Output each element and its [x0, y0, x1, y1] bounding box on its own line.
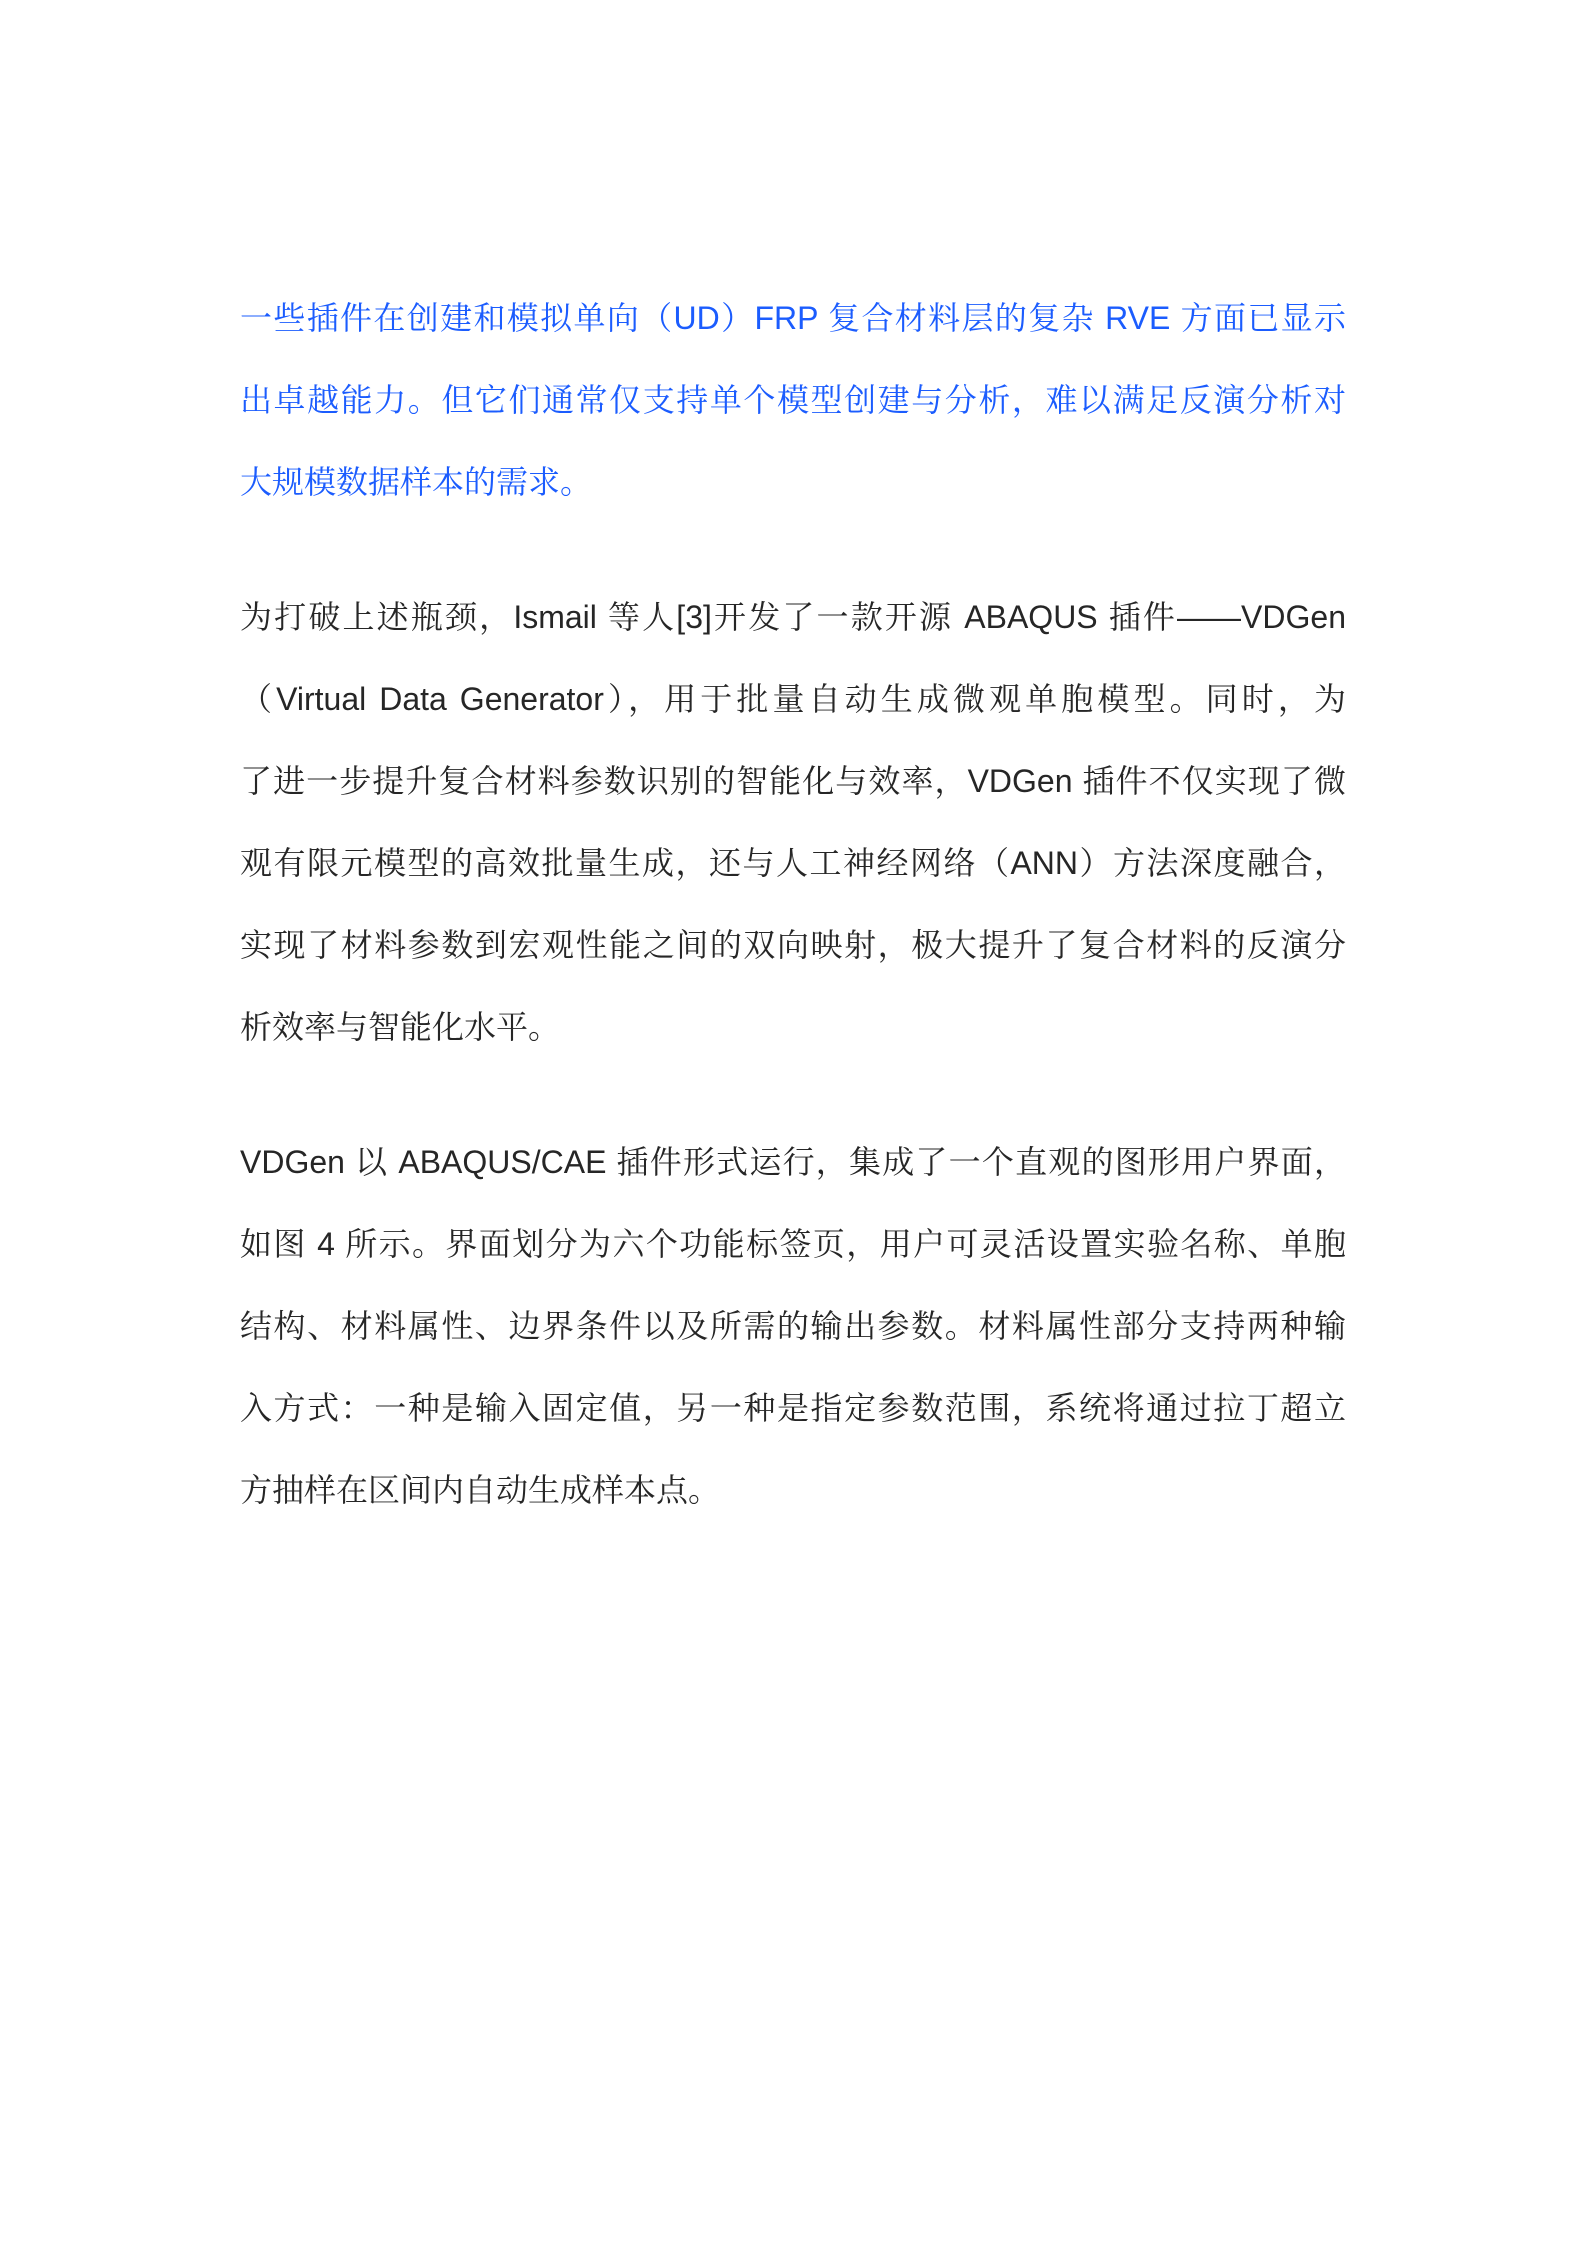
paragraph-line: 为打破上述瓶颈，Ismail 等人[3]开发了一款开源 ABAQUS 插件——V… [240, 576, 1346, 658]
document-page: 一些插件在创建和模拟单向（UD）FRP 复合材料层的复杂 RVE 方面已显示 出… [0, 0, 1587, 2245]
page-content: 一些插件在创建和模拟单向（UD）FRP 复合材料层的复杂 RVE 方面已显示 出… [240, 277, 1346, 1584]
paragraph-line: 大规模数据样本的需求。 [240, 441, 1346, 523]
paragraph-line: （Virtual Data Generator），用于批量自动生成微观单胞模型。… [240, 658, 1346, 740]
paragraph-line: 了进一步提升复合材料参数识别的智能化与效率，VDGen 插件不仅实现了微 [240, 740, 1346, 822]
paragraph-line: 如图 4 所示。界面划分为六个功能标签页，用户可灵活设置实验名称、单胞 [240, 1203, 1346, 1285]
paragraph-line: 观有限元模型的高效批量生成，还与人工神经网络（ANN）方法深度融合， [240, 822, 1346, 904]
paragraph-vdgen-gui-description: VDGen 以 ABAQUS/CAE 插件形式运行，集成了一个直观的图形用户界面… [240, 1121, 1346, 1531]
paragraph-line: 入方式：一种是输入固定值，另一种是指定参数范围，系统将通过拉丁超立 [240, 1367, 1346, 1449]
paragraph-line: 方抽样在区间内自动生成样本点。 [240, 1449, 1346, 1531]
paragraph-line: 一些插件在创建和模拟单向（UD）FRP 复合材料层的复杂 RVE 方面已显示 [240, 277, 1346, 359]
paragraph-plugin-limitations: 一些插件在创建和模拟单向（UD）FRP 复合材料层的复杂 RVE 方面已显示 出… [240, 277, 1346, 523]
paragraph-line: 出卓越能力。但它们通常仅支持单个模型创建与分析，难以满足反演分析对 [240, 359, 1346, 441]
paragraph-vdgen-introduction: 为打破上述瓶颈，Ismail 等人[3]开发了一款开源 ABAQUS 插件——V… [240, 576, 1346, 1068]
paragraph-line: 实现了材料参数到宏观性能之间的双向映射，极大提升了复合材料的反演分 [240, 904, 1346, 986]
paragraph-line: 析效率与智能化水平。 [240, 986, 1346, 1068]
paragraph-line: 结构、材料属性、边界条件以及所需的输出参数。材料属性部分支持两种输 [240, 1285, 1346, 1367]
paragraph-line: VDGen 以 ABAQUS/CAE 插件形式运行，集成了一个直观的图形用户界面… [240, 1121, 1346, 1203]
